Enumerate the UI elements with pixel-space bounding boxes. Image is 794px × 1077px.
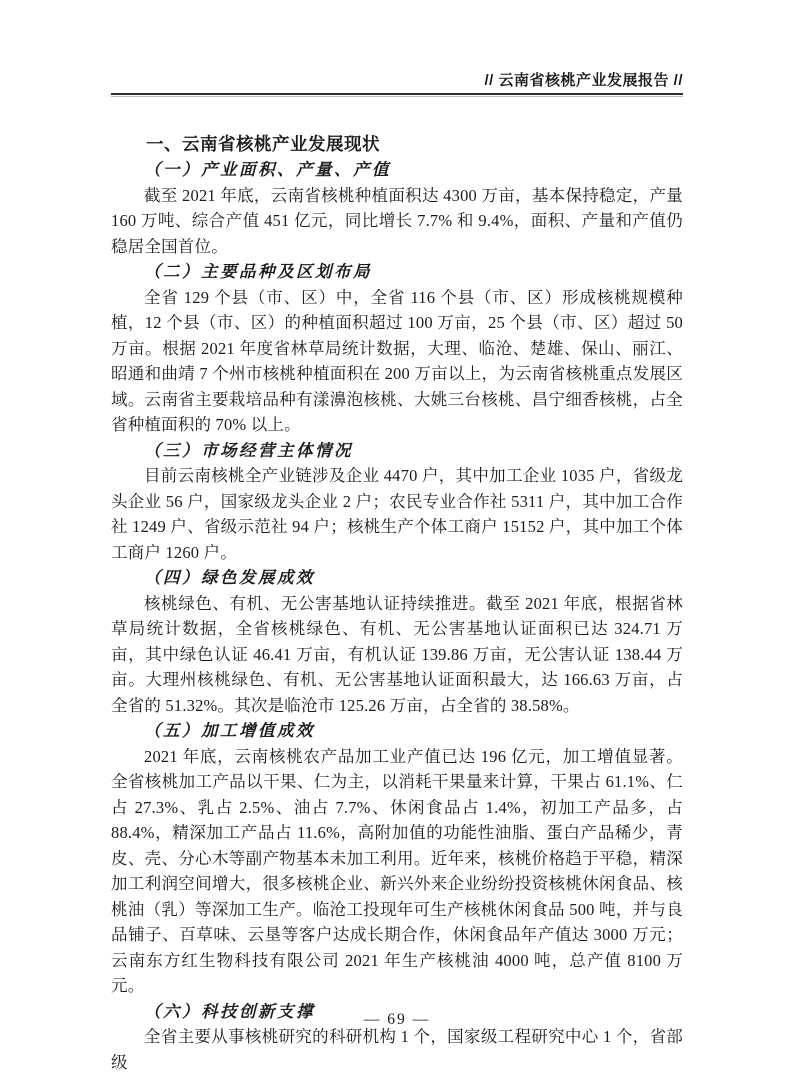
paragraph-2: 全省 129 个县（市、区）中，全省 116 个县（市、区）形成核桃规模种植，1… — [111, 285, 683, 438]
page-footer: — 69 — — [0, 1011, 794, 1029]
paragraph-3: 目前云南核桃全产业链涉及企业 4470 户，其中加工企业 1035 户，省级龙头… — [111, 463, 683, 565]
subsection-heading-1: （一）产业面积、产量、产值 — [111, 157, 683, 183]
subsection-heading-5: （五）加工增值成效 — [111, 718, 683, 744]
subsection-heading-3: （三）市场经营主体情况 — [111, 438, 683, 464]
report-page: // 云南省核桃产业发展报告 // 一、云南省核桃产业发展现状 （一）产业面积、… — [0, 0, 794, 1077]
document-body: 一、云南省核桃产业发展现状 （一）产业面积、产量、产值 截至 2021 年底，云… — [111, 131, 683, 1075]
header-rule — [111, 93, 683, 97]
paragraph-5: 2021 年底，云南核桃农产品加工业产值已达 196 亿元，加工增值显著。全省核… — [111, 744, 683, 999]
subsection-heading-4: （四）绿色发展成效 — [111, 565, 683, 591]
page-content: // 云南省核桃产业发展报告 // 一、云南省核桃产业发展现状 （一）产业面积、… — [111, 0, 683, 1075]
chapter-heading: 一、云南省核桃产业发展现状 — [111, 131, 683, 157]
running-header-title: // 云南省核桃产业发展报告 // — [484, 72, 683, 89]
subsection-heading-2: （二）主要品种及区划布局 — [111, 259, 683, 285]
page-header: // 云南省核桃产业发展报告 // — [111, 0, 683, 90]
paragraph-1: 截至 2021 年底，云南省核桃种植面积达 4300 万亩，基本保持稳定，产量 … — [111, 183, 683, 260]
paragraph-4: 核桃绿色、有机、无公害基地认证持续推进。截至 2021 年底，根据省林草局统计数… — [111, 591, 683, 719]
paragraph-6: 全省主要从事核桃研究的科研机构 1 个，国家级工程研究中心 1 个，省部级 — [111, 1024, 683, 1075]
page-number: — 69 — — [364, 1011, 430, 1028]
